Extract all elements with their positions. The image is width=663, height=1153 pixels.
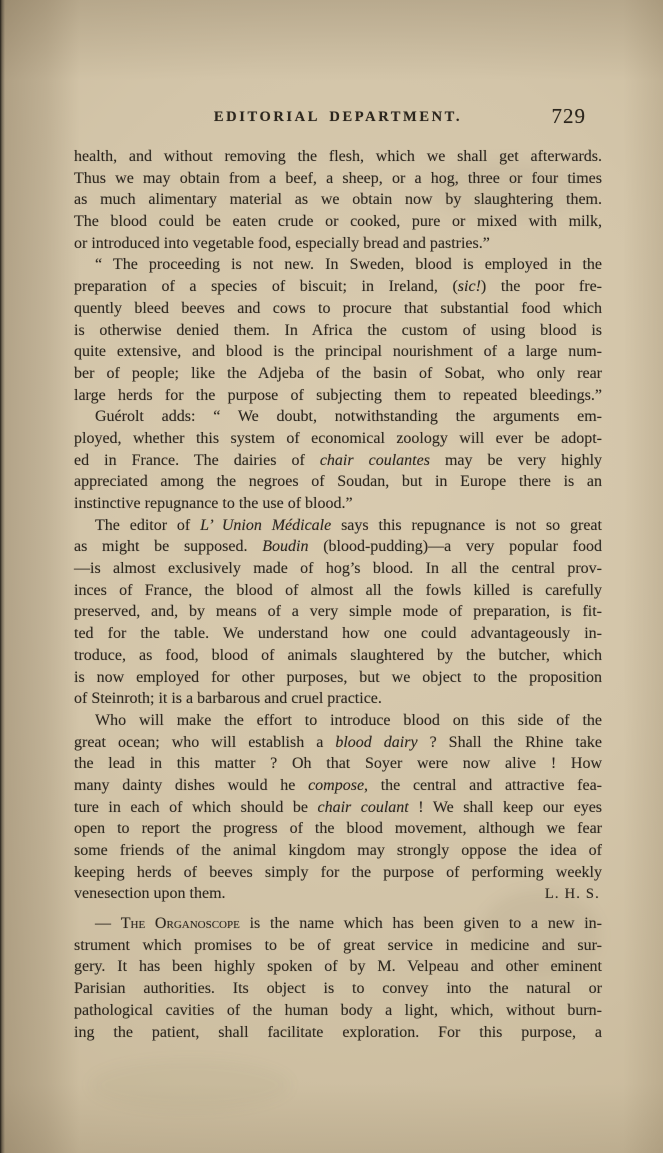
paragraph: — The Organoscope is the name which has … bbox=[74, 913, 602, 1043]
text-segment: Guérolt adds: “ We doubt, notwithstandin… bbox=[95, 408, 602, 425]
text-line: Thus we may obtain from a beef, a sheep,… bbox=[74, 168, 602, 190]
text-segment: says this repugnance is not so great bbox=[331, 517, 602, 534]
text-segment: the lead in this matter ? Oh that Soyer … bbox=[74, 755, 602, 772]
text-segment: as might be supposed. bbox=[74, 538, 262, 555]
text-segment: Parisian authorities. Its object is to c… bbox=[74, 980, 602, 997]
text-segment: great ocean; who will establish a bbox=[74, 734, 335, 751]
text-segment: keeping herds of beeves simply for the p… bbox=[74, 864, 602, 881]
text-segment: ed in France. The dairies of bbox=[74, 452, 320, 469]
text-line: The blood could be eaten crude or cooked… bbox=[74, 211, 602, 233]
text-segment: The blood could be eaten crude or cooked… bbox=[74, 213, 602, 230]
text-segment: some friends of the animal kingdom may s… bbox=[74, 842, 602, 859]
text-line: is now employed for other purposes, but … bbox=[74, 667, 602, 689]
text-segment: may be very highly bbox=[430, 452, 602, 469]
page-number: 729 bbox=[552, 104, 587, 129]
text-segment: open to report the progress of the blood… bbox=[74, 820, 602, 837]
text-segment: — bbox=[95, 915, 121, 932]
text-segment: “ The proceeding is not new. In Sweden, … bbox=[95, 256, 602, 273]
small-caps-text: L. H. S. bbox=[545, 886, 600, 902]
text-segment: preparation of a species of biscuit; in … bbox=[74, 278, 458, 295]
paper-smudge bbox=[90, 1060, 290, 1110]
paragraph: The editor of L’ Union Médicale says thi… bbox=[74, 515, 602, 710]
text-segment: venesection upon them. bbox=[74, 883, 226, 905]
text-segment: (blood-pudding)—a very popular food bbox=[308, 538, 602, 555]
text-line: as might be supposed. Boudin (blood-pudd… bbox=[74, 536, 602, 558]
paragraph: Guérolt adds: “ We doubt, notwithstandin… bbox=[74, 406, 602, 514]
text-line: “ The proceeding is not new. In Sweden, … bbox=[74, 254, 602, 276]
text-line: preserved, and, by means of a very simpl… bbox=[74, 601, 602, 623]
text-segment: ing the patient, shall facilitate explor… bbox=[74, 1024, 602, 1041]
text-line: is otherwise denied them. In Africa the … bbox=[74, 320, 602, 342]
text-segment: Thus we may obtain from a beef, a sheep,… bbox=[74, 170, 602, 187]
text-segment: large herds for the purpose of subjectin… bbox=[74, 387, 602, 404]
text-line: many dainty dishes would he compose, the… bbox=[74, 775, 602, 797]
paragraph: health, and without removing the flesh, … bbox=[74, 146, 602, 254]
italic-text: blood dairy bbox=[335, 734, 417, 751]
text-segment: health, and without removing the flesh, … bbox=[74, 148, 602, 165]
text-line: venesection upon them.L. H. S. bbox=[74, 883, 602, 905]
scanned-page-background: EDITORIAL DEPARTMENT. 729 health, and wi… bbox=[0, 0, 663, 1153]
text-segment: The editor of bbox=[95, 517, 200, 534]
italic-text: sic! bbox=[458, 278, 481, 295]
text-segment: , the central and attractive fea- bbox=[364, 777, 602, 794]
text-line: The editor of L’ Union Médicale says thi… bbox=[74, 515, 602, 537]
text-segment: appreciated among the negroes of Soudan,… bbox=[74, 473, 602, 490]
text-line: quently bleed beeves and cows to procure… bbox=[74, 298, 602, 320]
text-line: Who will make the effort to introduce bl… bbox=[74, 710, 602, 732]
text-segment: venesection upon them. bbox=[74, 885, 226, 902]
text-segment: troduce, as food, blood of animals slaug… bbox=[74, 647, 602, 664]
text-segment: preserved, and, by means of a very simpl… bbox=[74, 603, 602, 620]
text-segment: ployed, whether this system of economica… bbox=[74, 430, 602, 447]
text-line: as much alimentary material as we obtain… bbox=[74, 189, 602, 211]
text-segment: ber of people; like the Adjeba of the ba… bbox=[74, 365, 602, 382]
text-line: ing the patient, shall facilitate explor… bbox=[74, 1022, 602, 1044]
text-segment: ture in each of which should be bbox=[74, 799, 317, 816]
text-line: inces of France, the blood of almost all… bbox=[74, 580, 602, 602]
text-line: the lead in this matter ? Oh that Soyer … bbox=[74, 753, 602, 775]
text-line: open to report the progress of the blood… bbox=[74, 818, 602, 840]
text-line: ted for the table. We understand how one… bbox=[74, 623, 602, 645]
italic-text: chair coulant bbox=[317, 799, 408, 816]
text-line: great ocean; who will establish a blood … bbox=[74, 732, 602, 754]
text-segment: —is almost exclusively made of hog’s blo… bbox=[74, 560, 602, 577]
text-line: or introduced into vegetable food, espec… bbox=[74, 233, 602, 255]
running-header: EDITORIAL DEPARTMENT. 729 bbox=[74, 106, 602, 132]
text-line: ture in each of which should be chair co… bbox=[74, 797, 602, 819]
text-line: Guérolt adds: “ We doubt, notwithstandin… bbox=[74, 406, 602, 428]
text-segment: Who will make the effort to introduce bl… bbox=[95, 712, 602, 729]
text-line: of Steinroth; it is a barbarous and crue… bbox=[74, 688, 602, 710]
text-segment: is otherwise denied them. In Africa the … bbox=[74, 322, 602, 339]
text-segment: or introduced into vegetable food, espec… bbox=[74, 235, 490, 252]
text-segment: ) the poor fre- bbox=[481, 278, 602, 295]
text-segment: instinctive repugnance to the use of blo… bbox=[74, 495, 353, 512]
text-segment: inces of France, the blood of almost all… bbox=[74, 582, 602, 599]
text-segment: strument which promises to be of great s… bbox=[74, 937, 602, 954]
text-segment: ted for the table. We understand how one… bbox=[74, 625, 602, 642]
text-line: —is almost exclusively made of hog’s blo… bbox=[74, 558, 602, 580]
text-line: troduce, as food, blood of animals slaug… bbox=[74, 645, 602, 667]
text-line: ber of people; like the Adjeba of the ba… bbox=[74, 363, 602, 385]
text-segment: is the name which has been given to a ne… bbox=[240, 915, 602, 932]
text-line: pathological cavities of the human body … bbox=[74, 1000, 602, 1022]
text-segment: as much alimentary material as we obtain… bbox=[74, 191, 602, 208]
text-line: strument which promises to be of great s… bbox=[74, 935, 602, 957]
author-initials: L. H. S. bbox=[545, 884, 602, 906]
text-line: Parisian authorities. Its object is to c… bbox=[74, 978, 602, 1000]
text-segment: ! We shall keep our eyes bbox=[409, 799, 602, 816]
text-segment: many dainty dishes would he bbox=[74, 777, 308, 794]
text-line: quite extensive, and blood is the princi… bbox=[74, 341, 602, 363]
text-segment: of Steinroth; it is a barbarous and crue… bbox=[74, 690, 382, 707]
italic-text: L’ Union Médicale bbox=[200, 517, 331, 534]
text-line: ployed, whether this system of economica… bbox=[74, 428, 602, 450]
header-title: EDITORIAL DEPARTMENT. bbox=[74, 109, 602, 126]
text-line: ed in France. The dairies of chair coula… bbox=[74, 450, 602, 472]
paragraph: “ The proceeding is not new. In Sweden, … bbox=[74, 254, 602, 406]
text-segment: is now employed for other purposes, but … bbox=[74, 669, 602, 686]
text-segment: gery. It has been highly spoken of by M.… bbox=[74, 958, 602, 975]
italic-text: chair coulantes bbox=[320, 452, 430, 469]
text-segment: quite extensive, and blood is the princi… bbox=[74, 343, 602, 360]
text-line: gery. It has been highly spoken of by M.… bbox=[74, 956, 602, 978]
text-line: preparation of a species of biscuit; in … bbox=[74, 276, 602, 298]
text-line: keeping herds of beeves simply for the p… bbox=[74, 862, 602, 884]
italic-text: Boudin bbox=[262, 538, 308, 555]
small-caps-text: The Organoscope bbox=[121, 915, 240, 932]
text-segment: ? Shall the Rhine take bbox=[418, 734, 602, 751]
text-line: appreciated among the negroes of Soudan,… bbox=[74, 471, 602, 493]
text-line: health, and without removing the flesh, … bbox=[74, 146, 602, 168]
text-line: large herds for the purpose of subjectin… bbox=[74, 385, 602, 407]
text-line: instinctive repugnance to the use of blo… bbox=[74, 493, 602, 515]
paragraph: Who will make the effort to introduce bl… bbox=[74, 710, 602, 905]
text-segment: pathological cavities of the human body … bbox=[74, 1002, 602, 1019]
text-line: — The Organoscope is the name which has … bbox=[74, 913, 602, 935]
text-segment: quently bleed beeves and cows to procure… bbox=[74, 300, 602, 317]
text-line: some friends of the animal kingdom may s… bbox=[74, 840, 602, 862]
italic-text: compose bbox=[308, 777, 364, 794]
page-text: health, and without removing the flesh, … bbox=[74, 146, 602, 1043]
